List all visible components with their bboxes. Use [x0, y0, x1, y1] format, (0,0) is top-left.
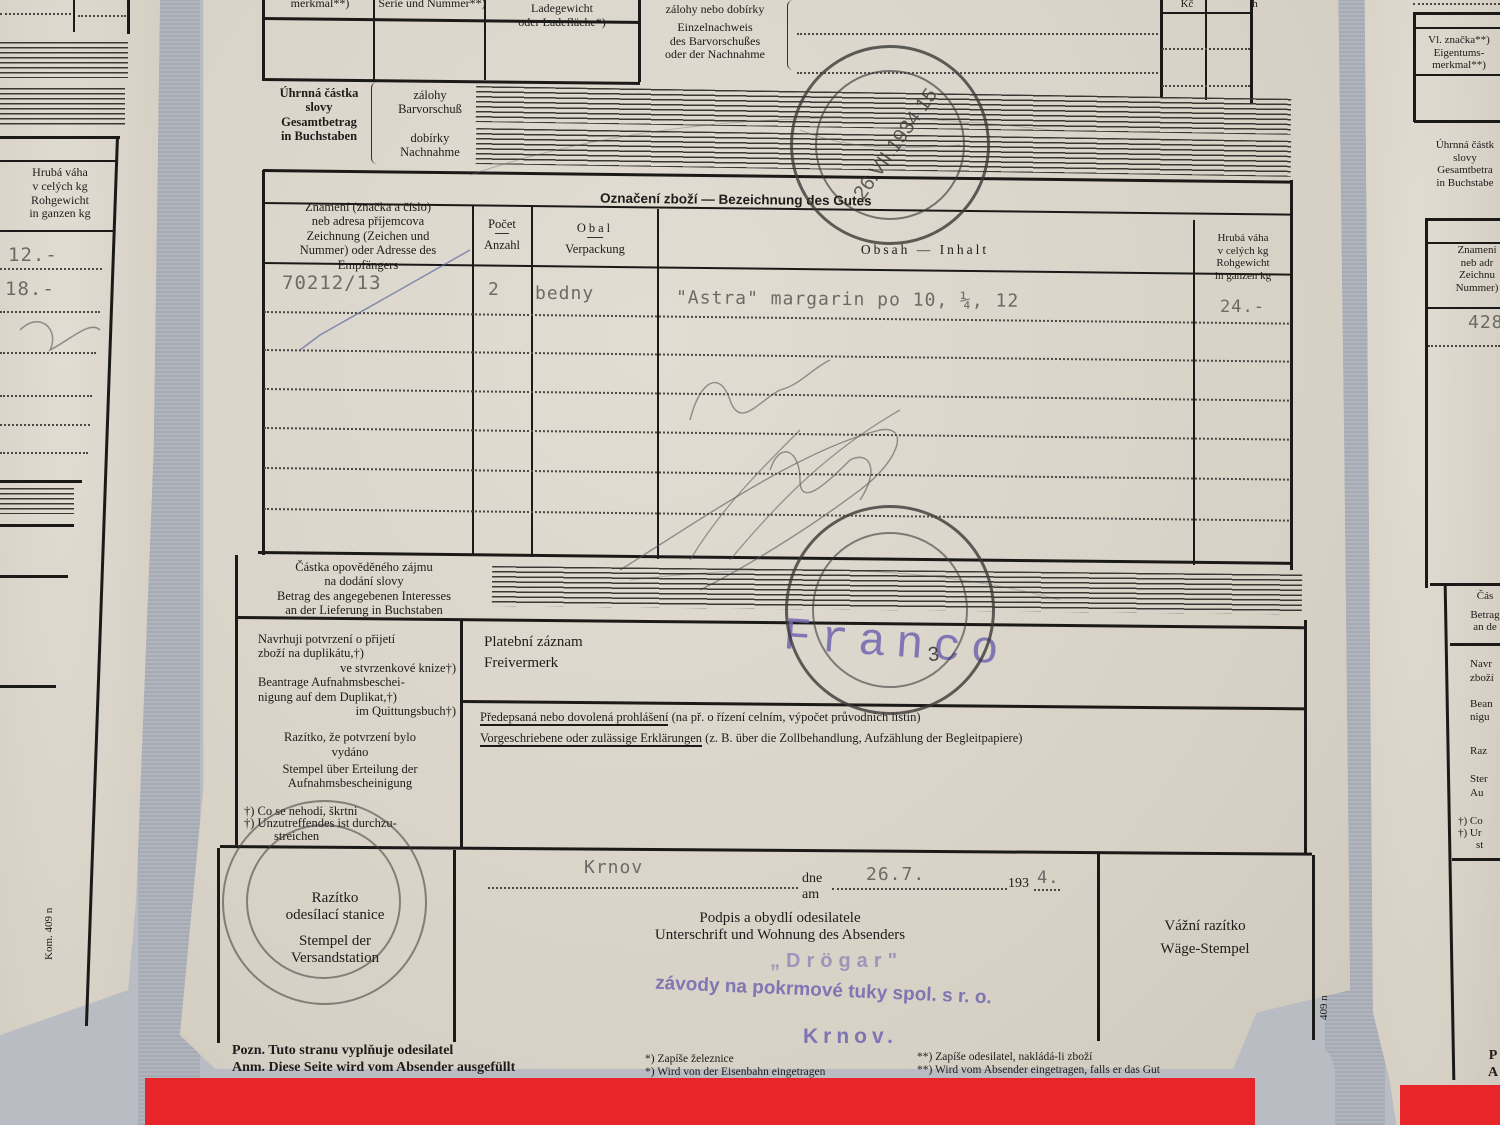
declarations-de-title: Vorgeschriebene oder zulässige Erklärung…: [480, 731, 702, 747]
footer-note-de: Anm. Diese Seite wird vom Absender ausge…: [232, 1060, 515, 1077]
footer-star2-cz: **) Zapíše odesilatel, nakládá-li zboží: [917, 1051, 1160, 1064]
footer-railway-note: *) Zapíše železnice *) Wird von der Eise…: [645, 1053, 825, 1079]
declarations-input-area[interactable]: [470, 760, 1300, 840]
confirm-line: Beantrage Aufnahmsbeschei-: [244, 675, 456, 689]
right-col-line: Eigentums-: [1418, 47, 1500, 60]
footer-star2-de: **) Wird vom Absender eingetragen, falls…: [917, 1064, 1160, 1077]
interest-line: Částka opověděného zájmu: [240, 560, 488, 574]
right-interest-line: Čás: [1455, 590, 1500, 603]
right-confirm-line: zboží: [1470, 672, 1500, 686]
right-total-line: Úhrnná částk: [1420, 139, 1500, 152]
right-mark-line: Nummer): [1442, 282, 1500, 295]
right-mark-line: neb adr: [1442, 257, 1500, 270]
right-total-label: Úhrnná částk slovy Gesamtbetra in Buchst…: [1420, 139, 1500, 190]
right-footnote-line: †) Co: [1458, 815, 1498, 827]
right-col-line: merkmal**): [1418, 59, 1500, 72]
footer-note-cz: Pozn. Tuto stranu vyplňuje odesilatel: [232, 1043, 515, 1060]
footer-sender-note: Pozn. Tuto stranu vyplňuje odesilatel An…: [232, 1043, 515, 1077]
confirm-line: Stempel über Erteilung der: [244, 762, 456, 776]
weighing-label-de: Wäge-Stempel: [1110, 941, 1300, 958]
footer-star1-de: *) Wird von der Eisenbahn eingetragen: [645, 1066, 825, 1079]
sender-signature-label: Podpis a obydlí odesilatele Unterschrift…: [560, 910, 1000, 945]
footer-sender-loading-note: **) Zapíše odesilatel, nakládá-li zboží …: [917, 1051, 1160, 1077]
right-confirm-line: nigu: [1470, 711, 1500, 725]
right-confirm-line: Au: [1470, 787, 1500, 801]
confirm-line: ve stvrzenkové knize†): [244, 661, 456, 675]
interest-line: an der Lieferung in Buchstaben: [240, 603, 488, 617]
right-total-line: in Buchstabe: [1420, 177, 1500, 190]
right-confirm-line: Bean: [1470, 698, 1500, 712]
company-stamp-name: „Drögar": [770, 950, 903, 973]
right-mark-value: 428: [1468, 312, 1500, 333]
payment-label-cz: Platební záznam: [484, 634, 583, 651]
right-interest-label: Čás Betrag an de: [1455, 590, 1500, 634]
payment-label-de: Freivermerk: [484, 655, 583, 672]
right-confirm-line: Ster: [1470, 773, 1500, 787]
right-footer: P A: [1488, 1048, 1498, 1082]
weighing-stamp-label: Vážní razítko Wäge-Stempel: [1110, 918, 1300, 959]
right-total-line: slovy: [1420, 152, 1500, 165]
right-footer-line: P: [1488, 1048, 1498, 1065]
right-mark-line: Zeichnu: [1442, 269, 1500, 282]
footer-star1-cz: *) Zapíše železnice: [645, 1053, 825, 1066]
confirm-line: Navrhuji potvrzení o přijetí: [244, 632, 456, 646]
sender-place: Krnov: [584, 857, 643, 878]
right-footnote-line: st: [1458, 839, 1498, 851]
dne-label: dne: [802, 871, 822, 887]
interest-line: Betrag des angegebenen Interesses: [240, 589, 488, 603]
right-confirm-label: Navr zboží Bean nigu Raz Ster Au: [1470, 658, 1500, 800]
right-footnote-line: †) Ur: [1458, 827, 1498, 839]
postmark-station: [222, 800, 427, 1005]
confirm-line: im Quittungsbuch†): [244, 704, 456, 718]
right-mark-line: Znamení: [1442, 244, 1500, 257]
sender-label-de: Unterschrift und Wohnung des Absenders: [560, 927, 1000, 944]
declared-interest-label: Částka opověděného zájmu na dodání slovy…: [240, 560, 488, 618]
right-col-header: Vl. značka**) Eigentums- merkmal**): [1418, 34, 1500, 72]
declarations-cz-title: Předepsaná nebo dovolená prohlášení: [480, 710, 668, 726]
right-confirm-line: Navr: [1470, 658, 1500, 672]
right-mark-header: Znamení neb adr Zeichnu Nummer): [1442, 244, 1500, 295]
sender-date: 26.7.: [866, 864, 925, 885]
year-suffix: 4.: [1037, 868, 1059, 888]
dne-am-label: dne am: [802, 871, 822, 903]
year-prefix: 193: [1008, 876, 1029, 892]
confirm-line: Razítko, že potvrzení bylo: [244, 730, 456, 744]
sender-label-cz: Podpis a obydlí odesilatele: [560, 910, 1000, 927]
payment-label: Platební záznam Freivermerk: [484, 634, 583, 673]
declarations-text: Předepsaná nebo dovolená prohlášení (na …: [480, 710, 1022, 746]
right-footer-line: A: [1488, 1065, 1498, 1082]
right-interest-line: Betrag: [1455, 609, 1500, 622]
confirm-line: zboží na duplikátu,†): [244, 646, 456, 660]
confirm-line: Aufnahmsbescheinigung: [244, 776, 456, 790]
weighing-label-cz: Vážní razítko: [1110, 918, 1300, 935]
postmark-number: 3: [927, 643, 940, 667]
company-stamp-city: Krnov.: [803, 1025, 898, 1049]
right-col-line: Vl. značka**): [1418, 34, 1500, 47]
right-confirm-line: Raz: [1470, 745, 1500, 759]
right-footnote-label: †) Co †) Ur st: [1458, 815, 1498, 851]
am-label: am: [802, 887, 822, 903]
right-interest-line: an de: [1455, 621, 1500, 634]
interest-line: na dodání slovy: [240, 574, 488, 588]
confirm-line: vydáno: [244, 745, 456, 759]
declarations-de-hint: (z. B. über die Zollbehandlung, Aufzählu…: [702, 731, 1022, 745]
confirm-line: nigung auf dem Duplikat,†): [244, 690, 456, 704]
form-number: 409 n: [1318, 995, 1331, 1020]
right-total-line: Gesamtbetra: [1420, 164, 1500, 177]
